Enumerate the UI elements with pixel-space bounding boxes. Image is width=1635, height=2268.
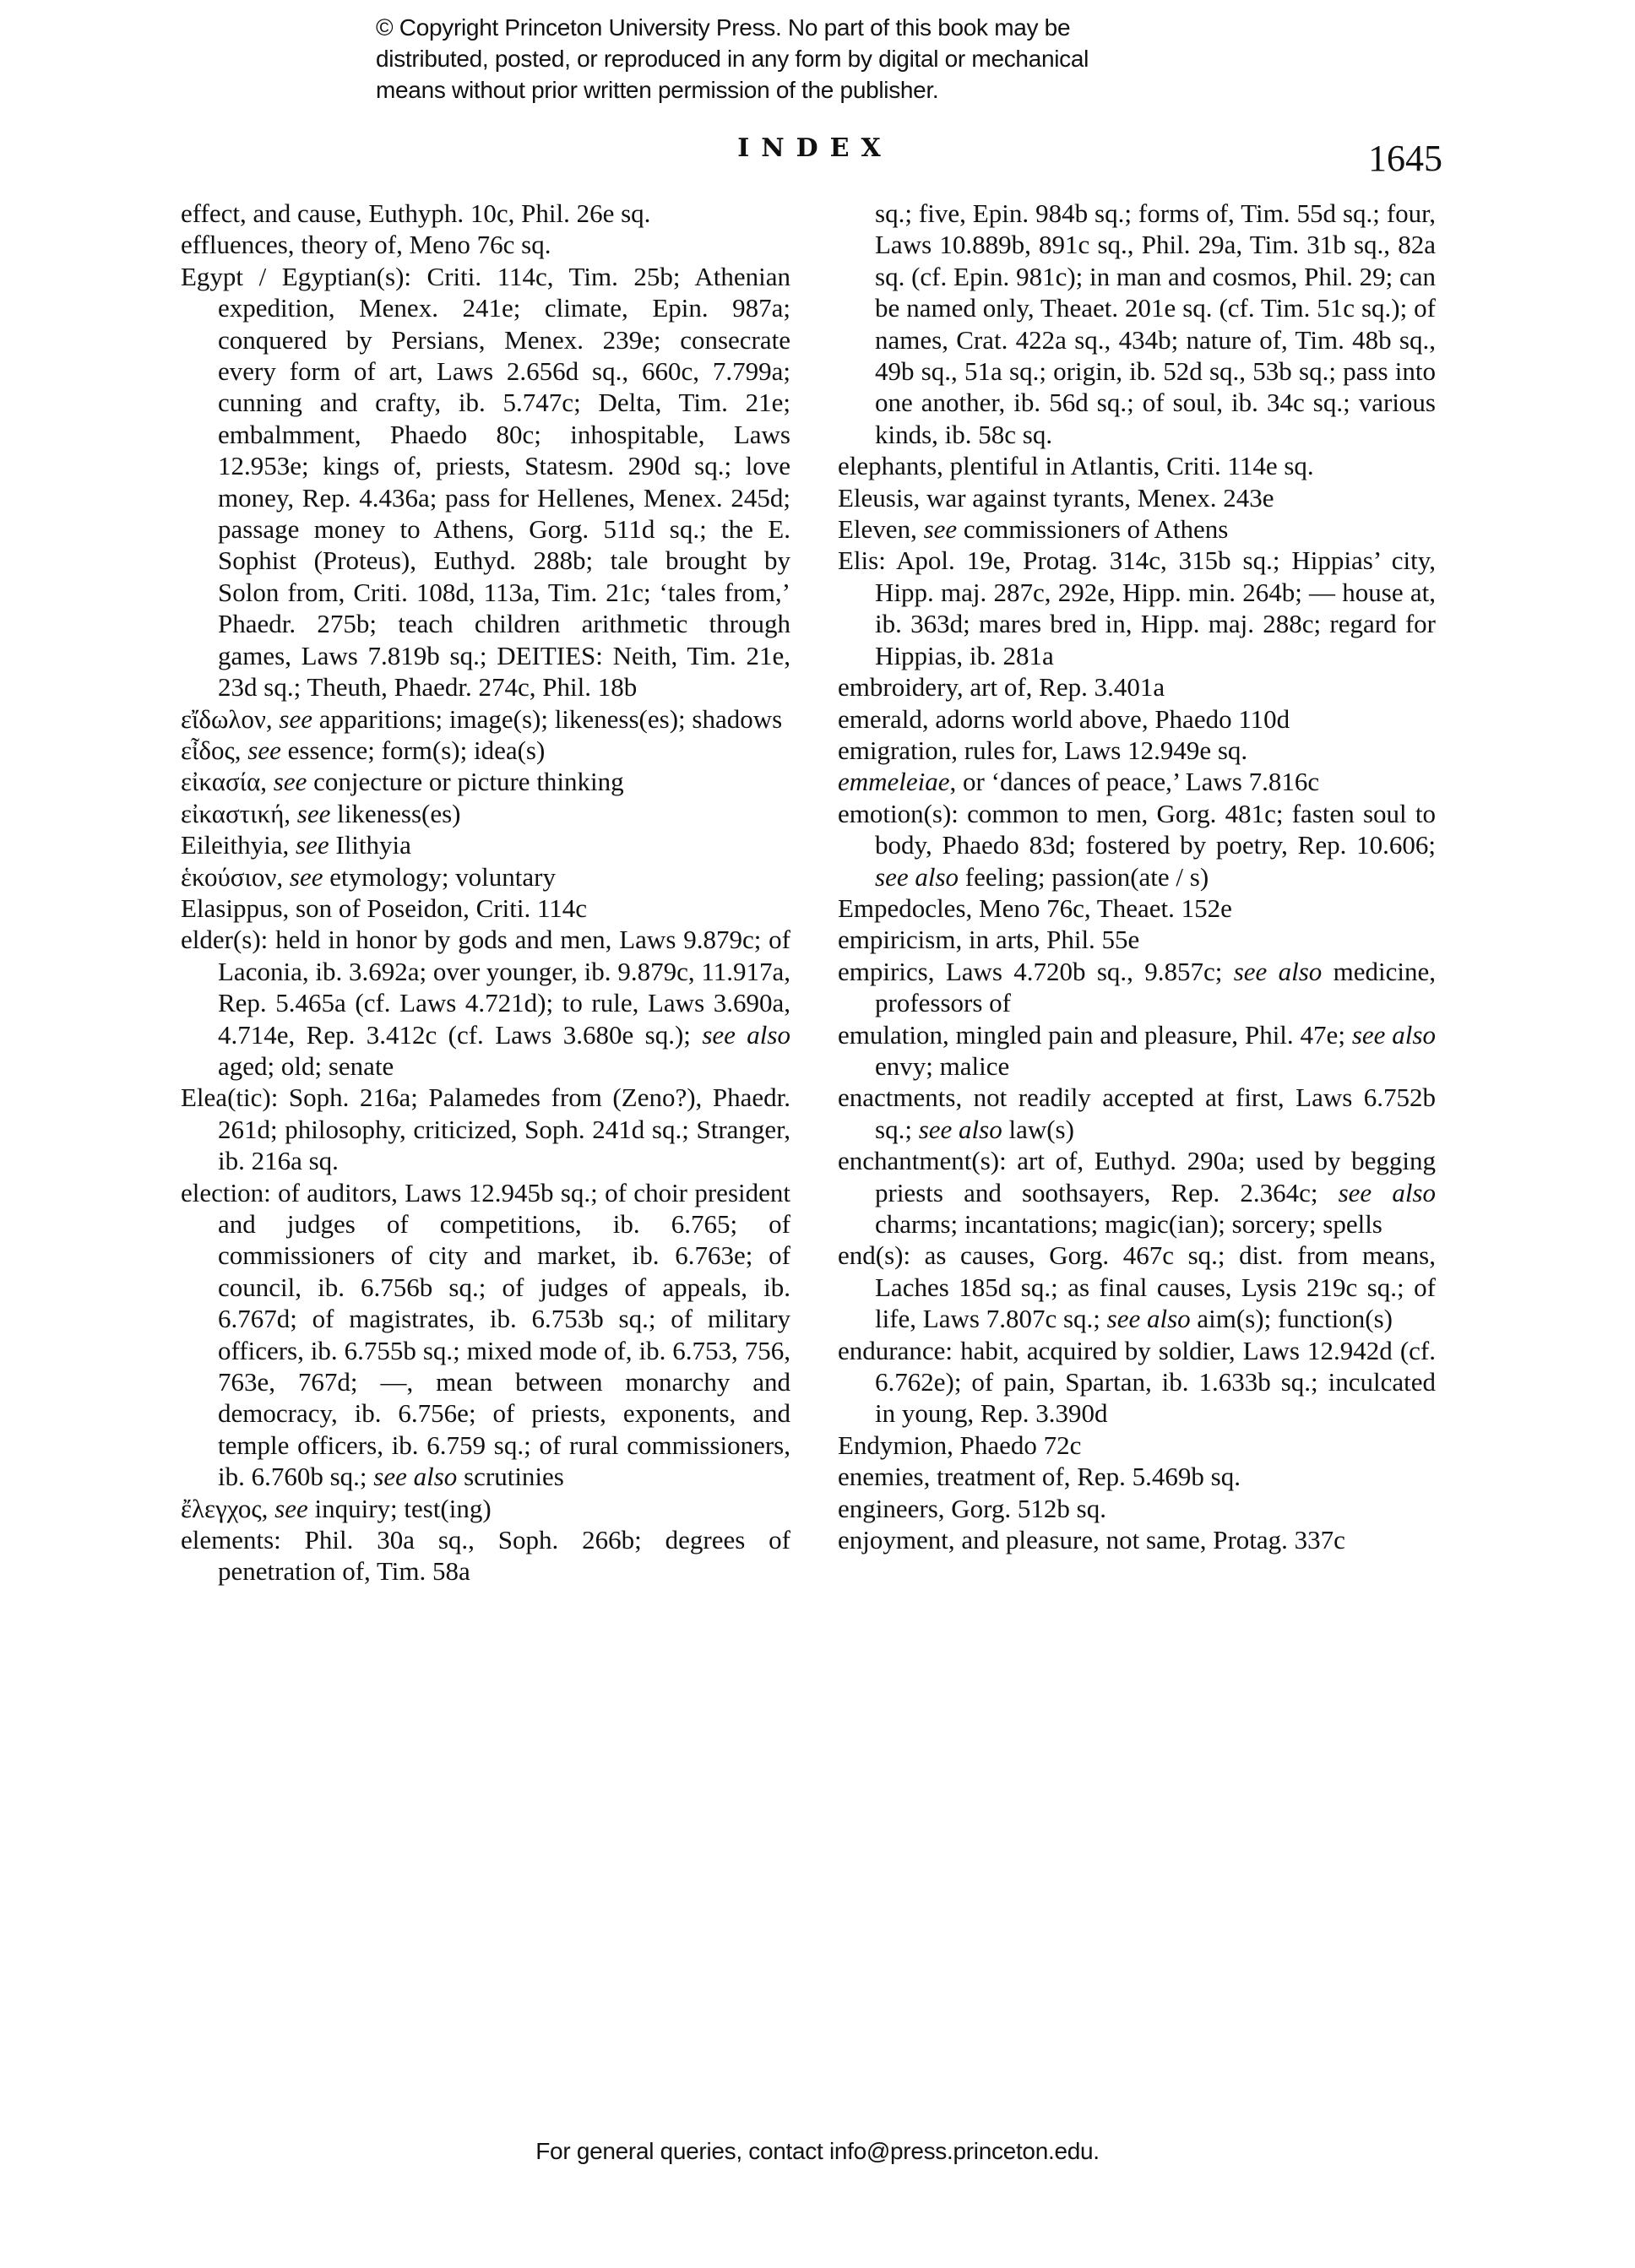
index-entry: ἔλεγχος, see inquiry; test(ing) — [181, 1493, 790, 1524]
copyright-line: distributed, posted, or reproduced in an… — [376, 43, 1220, 74]
index-entry: Eileithyia, see Ilithyia — [181, 829, 790, 860]
index-entry: ἑκούσιον, see etymology; voluntary — [181, 861, 790, 893]
index-entry: empiricism, in arts, Phil. 55e — [838, 924, 1436, 955]
copyright-notice: © Copyright Princeton University Press. … — [376, 12, 1220, 106]
index-entry: empirics, Laws 4.720b sq., 9.857c; see a… — [838, 956, 1436, 1019]
running-head: INDEX 1645 — [0, 133, 1635, 176]
index-entry: Endymion, Phaedo 72c — [838, 1430, 1436, 1461]
index-entry: enemies, treatment of, Rep. 5.469b sq. — [838, 1461, 1436, 1492]
index-entry: enactments, not readily accepted at firs… — [838, 1082, 1436, 1145]
index-entry: emulation, mingled pain and pleasure, Ph… — [838, 1019, 1436, 1082]
copyright-line: means without prior written permission o… — [376, 74, 1220, 106]
footer-contact: For general queries, contact info@press.… — [0, 2138, 1635, 2165]
index-entry: effluences, theory of, Meno 76c sq. — [181, 229, 790, 260]
index-entry: εἶδος, see essence; form(s); idea(s) — [181, 735, 790, 766]
index-entry: end(s): as causes, Gorg. 467c sq.; dist.… — [838, 1240, 1436, 1334]
index-entry: Empedocles, Meno 76c, Theaet. 152e — [838, 893, 1436, 924]
copyright-line: © Copyright Princeton University Press. … — [376, 12, 1220, 43]
index-column-left: effect, and cause, Euthyph. 10c, Phil. 2… — [181, 198, 790, 1587]
index-entry: emerald, adorns world above, Phaedo 110d — [838, 703, 1436, 735]
index-entry: Eleusis, war against tyrants, Menex. 243… — [838, 482, 1436, 513]
index-entry: sq.; five, Epin. 984b sq.; forms of, Tim… — [838, 198, 1436, 450]
index-entry: emmeleiae, or ‘dances of peace,’ Laws 7.… — [838, 766, 1436, 797]
index-entry: εἴδωλον, see apparitions; image(s); like… — [181, 703, 790, 735]
index-entry: enchantment(s): art of, Euthyd. 290a; us… — [838, 1145, 1436, 1240]
index-entry: elder(s): held in honor by gods and men,… — [181, 924, 790, 1082]
index-entry: elements: Phil. 30a sq., Soph. 266b; deg… — [181, 1524, 790, 1587]
index-entry: election: of auditors, Laws 12.945b sq.;… — [181, 1177, 790, 1493]
page-number: 1645 — [1368, 137, 1442, 180]
index-entry: endurance: habit, acquired by soldier, L… — [838, 1335, 1436, 1430]
index-entry: Eleven, see commissioners of Athens — [838, 513, 1436, 545]
index-entry: embroidery, art of, Rep. 3.401a — [838, 671, 1436, 703]
index-entry: εἰκασία, see conjecture or picture think… — [181, 766, 790, 797]
index-entry: Elis: Apol. 19e, Protag. 314c, 315b sq.;… — [838, 545, 1436, 671]
index-column-right: sq.; five, Epin. 984b sq.; forms of, Tim… — [838, 198, 1436, 1555]
index-entry: Elasippus, son of Poseidon, Criti. 114c — [181, 893, 790, 924]
index-entry: Egypt / Egyptian(s): Criti. 114c, Tim. 2… — [181, 261, 790, 703]
index-entry: εἰκαστική, see likeness(es) — [181, 798, 790, 829]
index-entry: Elea(tic): Soph. 216a; Palamedes from (Z… — [181, 1082, 790, 1176]
index-entry: emotion(s): common to men, Gorg. 481c; f… — [838, 798, 1436, 893]
index-entry: effect, and cause, Euthyph. 10c, Phil. 2… — [181, 198, 790, 229]
index-entry: emigration, rules for, Laws 12.949e sq. — [838, 735, 1436, 766]
page-title: INDEX — [718, 133, 912, 163]
index-entry: engineers, Gorg. 512b sq. — [838, 1493, 1436, 1524]
index-entry: enjoyment, and pleasure, not same, Prota… — [838, 1524, 1436, 1555]
index-entry: elephants, plentiful in Atlantis, Criti.… — [838, 450, 1436, 481]
